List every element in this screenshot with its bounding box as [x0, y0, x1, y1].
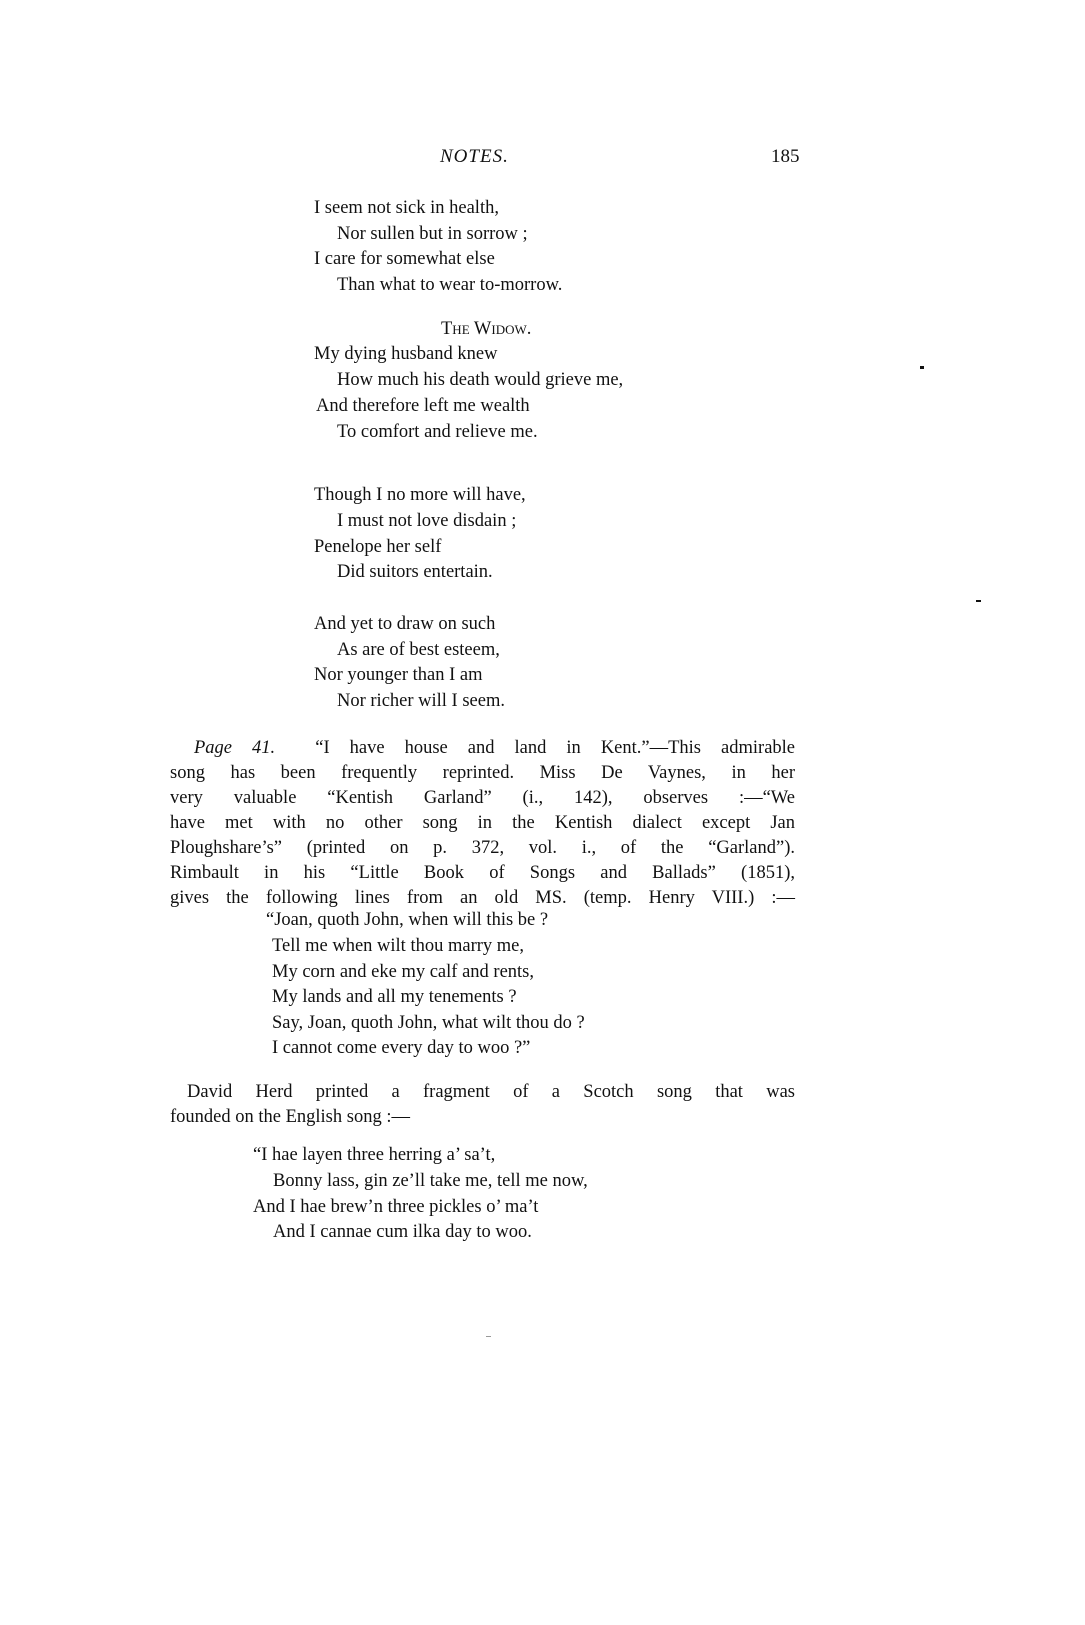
- scan-speck: [486, 1336, 491, 1337]
- verse-line: To comfort and relieve me.: [337, 421, 538, 443]
- book-page: NOTES. 185 I seem not sick in health, No…: [0, 0, 1085, 1625]
- verse-line: Bonny lass, gin ze’ll take me, tell me n…: [273, 1170, 588, 1192]
- verse-line: And yet to draw on such: [314, 613, 495, 635]
- verse-line: Tell me when wilt thou marry me,: [272, 935, 524, 957]
- verse-line: My dying husband knew: [314, 343, 497, 365]
- page-number: 185: [771, 146, 800, 168]
- verse-line: Nor younger than I am: [314, 664, 483, 686]
- prose-line: Rimbault in his “Little Book of Songs an…: [170, 861, 795, 886]
- verse-line: I care for somewhat else: [314, 248, 495, 270]
- verse-line: My lands and all my tenements ?: [272, 986, 517, 1008]
- verse-line: How much his death would grieve me,: [337, 369, 623, 391]
- verse-line: “Joan, quoth John, when will this be ?: [266, 909, 548, 931]
- prose-line: founded on the English song :—: [170, 1105, 795, 1130]
- verse-line: “I hae layen three herring a’ sa’t,: [253, 1144, 495, 1166]
- verse-line: And I hae brew’n three pickles o’ ma’t: [253, 1196, 538, 1218]
- running-title: NOTES.: [440, 146, 509, 168]
- verse-line: And I cannae cum ilka day to woo.: [273, 1221, 532, 1243]
- verse-line: Did suitors entertain.: [337, 561, 493, 583]
- prose-line: song has been frequently reprinted. Miss…: [170, 761, 795, 786]
- verse-line: I cannot come every day to woo ?”: [272, 1037, 530, 1059]
- verse-line: I seem not sick in health,: [314, 197, 499, 219]
- note-paragraph: David Herd printed a fragment of a Scotc…: [170, 1080, 795, 1130]
- page-reference: Page 41.: [194, 738, 275, 758]
- note-paragraph: Page 41. “I have house and land in Kent.…: [170, 736, 795, 911]
- prose-line: David Herd printed a fragment of a Scotc…: [170, 1080, 795, 1105]
- verse-line: My corn and eke my calf and rents,: [272, 961, 534, 983]
- verse-line: Penelope her self: [314, 536, 441, 558]
- verse-line: Nor sullen but in sorrow ;: [337, 223, 528, 245]
- verse-line: And therefore left me wealth: [316, 395, 530, 417]
- verse-line: Though I no more will have,: [314, 484, 526, 506]
- verse-line: Nor richer will I seem.: [337, 690, 505, 712]
- prose-line: Ploughshare’s” (printed on p. 372, vol. …: [170, 836, 795, 861]
- scan-speck: [920, 366, 924, 369]
- prose-line: gives the following lines from an old MS…: [170, 886, 795, 911]
- verse-line: Say, Joan, quoth John, what wilt thou do…: [272, 1012, 585, 1034]
- verse-line: Than what to wear to-morrow.: [337, 274, 562, 296]
- poem-title: The Widow.: [441, 318, 531, 340]
- prose-line: Page 41. “I have house and land in Kent.…: [170, 736, 795, 761]
- prose-line: have met with no other song in the Kenti…: [170, 811, 795, 836]
- verse-line: As are of best esteem,: [337, 639, 500, 661]
- scan-speck: [976, 600, 981, 602]
- verse-line: I must not love disdain ;: [337, 510, 516, 532]
- prose-line: very valuable “Kentish Garland” (i., 142…: [170, 786, 795, 811]
